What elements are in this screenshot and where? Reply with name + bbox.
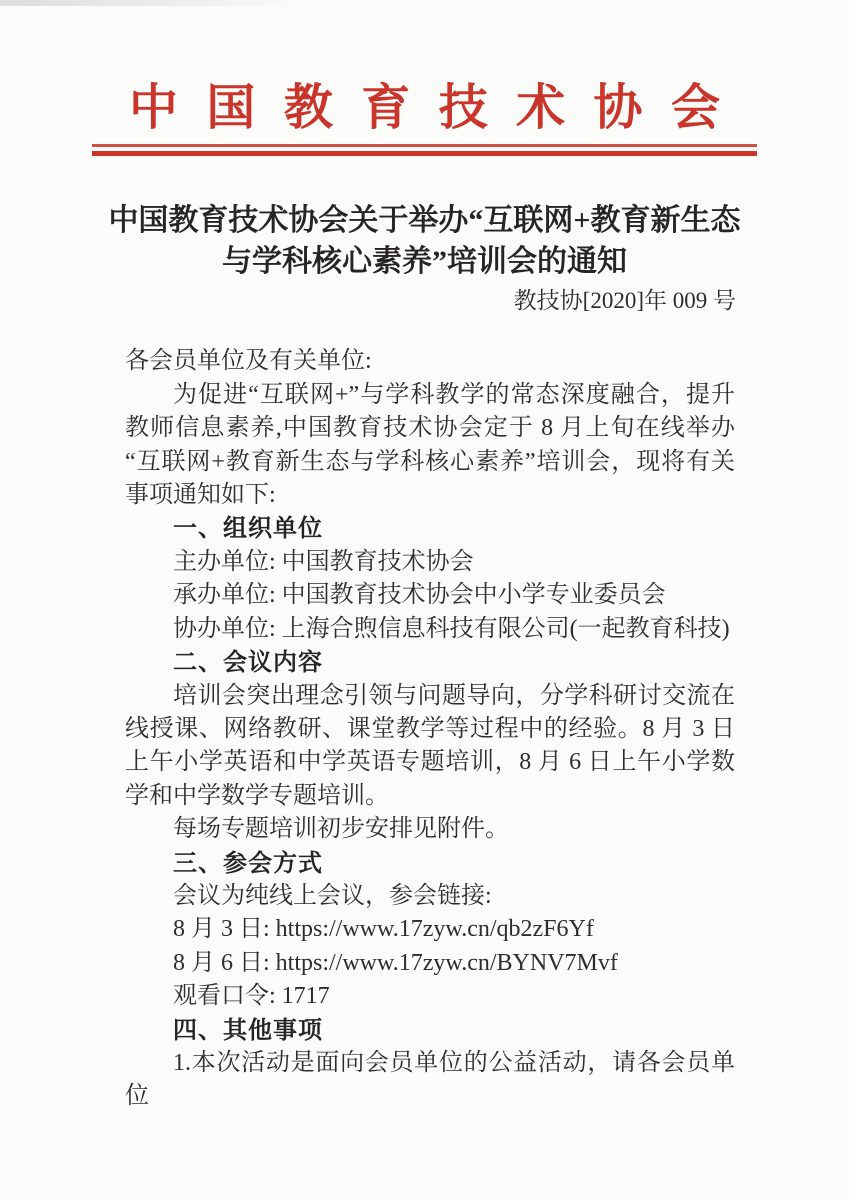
section-paragraph: 协办单位: 上海合煦信息科技有限公司(一起教育科技) <box>125 613 735 646</box>
notice-body: 各会员单位及有关单位: 为促进“互联网+”与学科教学的常态深度融合，提升教师信息… <box>0 345 849 1113</box>
organization-name: 中国教育技术协会 <box>0 82 849 133</box>
section-paragraph: 8 月 3 日: https://www.17zyw.cn/qb2zF6Yf <box>125 913 735 946</box>
notice-title-line-1: 中国教育技术协会关于举办“互联网+教育新生态 <box>0 200 849 241</box>
section-paragraph: 会议为纯线上会议，参会链接: <box>125 880 735 913</box>
rule-bottom-line <box>92 151 757 156</box>
section-heading: 一、组织单位 <box>125 512 735 545</box>
section-paragraph: 培训会突出理念引领与问题导向，分学科研讨交流在线授课、网络教研、课堂教学等过程中… <box>125 680 735 814</box>
rule-top-line <box>92 144 757 147</box>
intro-paragraph: 为促进“互联网+”与学科教学的常态深度融合，提升教师信息素养,中国教育技术协会定… <box>125 379 735 513</box>
section-paragraph: 主办单位: 中国教育技术协会 <box>125 546 735 579</box>
scanned-notice-page: 中国教育技术协会 中国教育技术协会关于举办“互联网+教育新生态 与学科核心素养”… <box>0 0 849 1200</box>
section-heading: 二、会议内容 <box>125 646 735 679</box>
salutation: 各会员单位及有关单位: <box>125 345 735 378</box>
document-number: 教技协[2020]年 009 号 <box>0 284 849 317</box>
letterhead: 中国教育技术协会 <box>0 0 849 156</box>
notice-title-line-2: 与学科核心素养”培训会的通知 <box>0 241 849 282</box>
scan-smudge-artifact <box>0 0 300 6</box>
section-paragraph: 承办单位: 中国教育技术协会中小学专业委员会 <box>125 579 735 612</box>
section-paragraph: 8 月 6 日: https://www.17zyw.cn/BYNV7Mvf <box>125 947 735 980</box>
section-paragraph: 每场专题培训初步安排见附件。 <box>125 813 735 846</box>
section-paragraph: 观看口令: 1717 <box>125 980 735 1013</box>
notice-title: 中国教育技术协会关于举办“互联网+教育新生态 与学科核心素养”培训会的通知 <box>0 200 849 282</box>
section-paragraph: 1.本次活动是面向会员单位的公益活动，请各会员单位 <box>125 1047 735 1114</box>
letterhead-double-rule <box>92 144 757 156</box>
section-heading: 三、参会方式 <box>125 847 735 880</box>
section-heading: 四、其他事项 <box>125 1014 735 1047</box>
sections-container: 一、组织单位主办单位: 中国教育技术协会承办单位: 中国教育技术协会中小学专业委… <box>125 512 735 1113</box>
